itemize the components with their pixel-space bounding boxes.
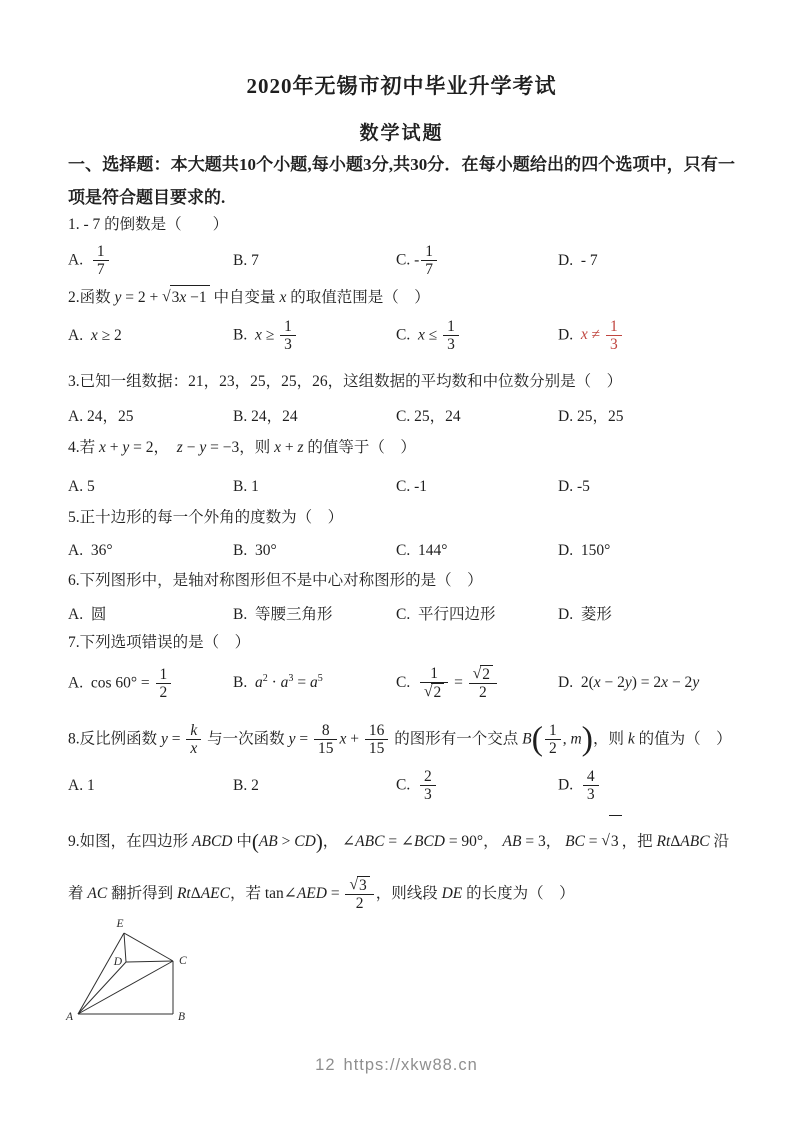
fraction: 13 bbox=[606, 318, 622, 354]
question-6-option-b: B. 等腰三角形 bbox=[233, 604, 396, 626]
math-variable: ABC bbox=[680, 833, 709, 850]
text-run: A. 36° bbox=[68, 542, 113, 559]
question-1-stem: 1. - 7 的倒数是（ ） bbox=[68, 213, 735, 237]
text-run: 的值等于（ ） bbox=[304, 439, 416, 456]
text-run: D. - 7 bbox=[558, 252, 598, 269]
fraction-denominator: 3 bbox=[280, 335, 296, 353]
text-run: C. - bbox=[396, 251, 419, 268]
fraction-numerator: k bbox=[186, 722, 201, 739]
math-variable: ABC bbox=[355, 833, 384, 850]
fraction-numerator: 1 bbox=[421, 243, 437, 260]
text-run: = −3，则 bbox=[206, 439, 274, 456]
math-variable: a bbox=[310, 674, 318, 691]
figure-label-b: B bbox=[178, 1011, 185, 1023]
question-3-option-c: C. 25，24 bbox=[396, 406, 558, 428]
question-8-stem: 8.反比例函数 y = kx 与一次函数 y = 815x + 1615 的图形… bbox=[68, 722, 735, 758]
question-5: 5.正十边形的每一个外角的度数为（ ） A. 36° B. 30° C. 144… bbox=[68, 506, 735, 562]
question-7-stem: 7.下列选项错误的是（ ） bbox=[68, 631, 735, 655]
fraction-numerator: 1 bbox=[420, 665, 448, 682]
text-run: 9.如图，在四边形 bbox=[68, 833, 192, 850]
section-instructions: 一、选择题：本大题共10个小题,每小题3分,共30分．在每小题给出的四个选项中，… bbox=[68, 148, 735, 214]
fraction-numerator: 4 bbox=[583, 768, 599, 785]
text-run: C. 144° bbox=[396, 542, 447, 559]
question-3-option-b: B. 24，24 bbox=[233, 406, 396, 428]
fraction: √22 bbox=[469, 665, 497, 702]
radical: √2 bbox=[473, 665, 493, 683]
text-run: D. 2( bbox=[558, 674, 594, 691]
text-run: 的图形有一个交点 bbox=[390, 730, 522, 747]
fraction-numerator: 1 bbox=[443, 318, 459, 335]
radicand: 2 bbox=[431, 683, 444, 701]
text-run: 6.下列图形中，是轴对称图形但不是中心对称图形的是（ ） bbox=[68, 572, 483, 589]
text-run: 的取值范围是（ ） bbox=[286, 289, 429, 306]
question-3-stem: 3.已知一组数据：21，23，25，25，26，这组数据的平均数和中位数分别是（… bbox=[68, 370, 735, 394]
math-variable: AC bbox=[87, 885, 107, 902]
text-run: · bbox=[268, 674, 281, 691]
radical-sign: √ bbox=[162, 285, 171, 309]
text-run: C. bbox=[396, 326, 418, 343]
math-variable: BC bbox=[565, 833, 585, 850]
question-7-option-a: A. cos 60° = 12 bbox=[68, 666, 233, 702]
text-run: 翻折得到 bbox=[107, 885, 177, 902]
text-run: 中 bbox=[232, 833, 251, 850]
text-run: 的值为（ ） bbox=[635, 730, 732, 747]
text-run: = bbox=[327, 885, 344, 902]
text-run: 7.下列选项错误的是（ ） bbox=[68, 634, 250, 651]
question-8-option-c: C. 23 bbox=[396, 768, 558, 804]
text-run: A. 圆 bbox=[68, 606, 106, 623]
question-1-option-b: B. 7 bbox=[233, 250, 396, 272]
fraction: 17 bbox=[421, 243, 437, 279]
text-run: = 3， bbox=[521, 833, 565, 850]
question-5-option-c: C. 144° bbox=[396, 540, 558, 562]
fraction-numerator: 1 bbox=[280, 318, 296, 335]
fraction-numerator: 1 bbox=[93, 243, 109, 260]
math-variable: AB bbox=[259, 833, 278, 850]
question-4-option-c: C. -1 bbox=[396, 476, 558, 498]
question-4: 4.若 x + y = 2， z − y = −3，则 x + z 的值等于（ … bbox=[68, 436, 735, 498]
text-run: 2 bbox=[433, 684, 441, 701]
fraction-denominator: √2 bbox=[420, 682, 448, 701]
text-run: + bbox=[106, 439, 123, 456]
text-run: C. bbox=[396, 674, 418, 691]
text-run: C. 25，24 bbox=[396, 408, 461, 425]
fraction-denominator: 2 bbox=[545, 739, 561, 757]
fraction-numerator: 1 bbox=[545, 722, 561, 739]
fraction-numerator: 8 bbox=[314, 722, 338, 739]
text-run: 4.若 bbox=[68, 439, 99, 456]
text-run: 1. - 7 的倒数是（ ） bbox=[68, 216, 228, 233]
segment-AE bbox=[78, 933, 124, 1014]
text-run: 2 bbox=[482, 666, 490, 683]
text-run: D. 25，25 bbox=[558, 408, 623, 425]
figure-label-c: C bbox=[179, 955, 187, 967]
text-run: B. 7 bbox=[233, 252, 259, 269]
text-run: B. 2 bbox=[233, 777, 259, 794]
exam-title: 2020年无锡市初中毕业升学考试 bbox=[68, 70, 735, 100]
question-7-option-d: D. 2(x − 2y) = 2x − 2y bbox=[558, 672, 735, 694]
question-8: 8.反比例函数 y = kx 与一次函数 y = 815x + 1615 的图形… bbox=[68, 722, 735, 803]
question-1-options: A. 17 B. 7 C. -17 D. - 7 bbox=[68, 243, 735, 279]
page-number: 12 bbox=[315, 1056, 335, 1074]
fraction: 17 bbox=[93, 243, 109, 279]
math-variable: x bbox=[255, 326, 262, 343]
segment-DC bbox=[126, 961, 173, 962]
text-run: D. 150° bbox=[558, 542, 610, 559]
question-9-stem: 9.如图，在四边形 ABCD 中(AB > CD)， ∠ABC = ∠BCD =… bbox=[68, 815, 735, 920]
fraction-denominator: 3 bbox=[420, 785, 436, 803]
math-variable: x bbox=[581, 326, 588, 343]
radical-sign: √ bbox=[424, 684, 433, 701]
paren: ) bbox=[316, 830, 323, 854]
math-variable: DE bbox=[442, 885, 463, 902]
segment-EC bbox=[124, 933, 173, 961]
figure-label-e: E bbox=[115, 918, 123, 930]
radical-sign: √ bbox=[473, 665, 482, 682]
fraction: kx bbox=[186, 722, 201, 758]
math-variable: a bbox=[255, 674, 263, 691]
fraction-numerator: 1 bbox=[606, 318, 622, 335]
math-variable: x bbox=[190, 740, 197, 757]
question-1-option-c: C. -17 bbox=[396, 243, 558, 279]
fraction: √32 bbox=[345, 876, 373, 913]
question-4-options: A. 5 B. 1 C. -1 D. -5 bbox=[68, 476, 735, 498]
fraction-numerator: 2 bbox=[420, 768, 436, 785]
radical: √2 bbox=[424, 683, 444, 701]
question-6-option-a: A. 圆 bbox=[68, 604, 233, 626]
question-5-option-b: B. 30° bbox=[233, 540, 396, 562]
question-1-option-a: A. 17 bbox=[68, 243, 233, 279]
question-8-option-a: A. 1 bbox=[68, 775, 233, 797]
question-2-option-a: A. x ≥ 2 bbox=[68, 325, 233, 347]
radical: √3 bbox=[601, 815, 621, 868]
question-3: 3.已知一组数据：21，23，25，25，26，这组数据的平均数和中位数分别是（… bbox=[68, 370, 735, 428]
question-2-option-d: D. x ≠ 13 bbox=[558, 318, 735, 354]
big-paren: ) bbox=[582, 721, 593, 758]
segment-AC bbox=[78, 961, 173, 1014]
question-7-option-c: C. 1√2 = √22 bbox=[396, 665, 558, 702]
question-2: 2.函数 y = 2 + √3x −1 中自变量 x 的取值范围是（ ） A. … bbox=[68, 285, 735, 354]
geometry-diagram: E D C A B bbox=[56, 916, 286, 1036]
question-7: 7.下列选项错误的是（ ） A. cos 60° = 12 B. a2 · a3… bbox=[68, 631, 735, 702]
text-run: ≤ bbox=[425, 326, 441, 343]
text-run: ， ∠ bbox=[323, 833, 355, 850]
question-9-figure: E D C A B bbox=[56, 916, 286, 1041]
text-run: D. bbox=[558, 776, 581, 793]
radical-sign: √ bbox=[601, 815, 610, 867]
fraction: 13 bbox=[280, 318, 296, 354]
text-run: − bbox=[183, 439, 200, 456]
text-run: 2.函数 bbox=[68, 289, 115, 306]
radical-sign: √ bbox=[349, 876, 358, 893]
question-5-options: A. 36° B. 30° C. 144° D. 150° bbox=[68, 540, 735, 562]
math-variable: AED bbox=[297, 885, 327, 902]
segment-ED bbox=[124, 933, 126, 962]
fraction: 815 bbox=[314, 722, 338, 758]
question-6-option-c: C. 平行四边形 bbox=[396, 604, 558, 626]
question-4-option-a: A. 5 bbox=[68, 476, 233, 498]
fraction: 1615 bbox=[365, 722, 389, 758]
question-6-options: A. 圆 B. 等腰三角形 C. 平行四边形 D. 菱形 bbox=[68, 604, 735, 626]
paren: ( bbox=[252, 830, 259, 854]
fraction-numerator: √2 bbox=[469, 665, 497, 683]
fraction-numerator: 1 bbox=[156, 666, 172, 683]
question-5-stem: 5.正十边形的每一个外角的度数为（ ） bbox=[68, 506, 735, 530]
question-6-option-d: D. 菱形 bbox=[558, 604, 735, 626]
math-variable: Rt bbox=[177, 885, 191, 902]
question-6-stem: 6.下列图形中，是轴对称图形但不是中心对称图形的是（ ） bbox=[68, 569, 735, 593]
radicand: 3x −1 bbox=[170, 285, 210, 310]
radicand: 3 bbox=[609, 815, 622, 868]
question-3-option-a: A. 24，25 bbox=[68, 406, 233, 428]
text-run: = bbox=[450, 674, 467, 691]
radicand: 3 bbox=[357, 876, 370, 894]
math-variable: x bbox=[99, 439, 106, 456]
question-1: 1. - 7 的倒数是（ ） A. 17 B. 7 C. -17 D. - 7 bbox=[68, 213, 735, 279]
text-run: 5.正十边形的每一个外角的度数为（ ） bbox=[68, 509, 343, 526]
text-run: ，把 bbox=[622, 833, 657, 850]
question-4-option-b: B. 1 bbox=[233, 476, 396, 498]
question-4-stem: 4.若 x + y = 2， z − y = −3，则 x + z 的值等于（ … bbox=[68, 436, 735, 460]
question-8-options: A. 1 B. 2 C. 23 D. 43 bbox=[68, 768, 735, 804]
text-run: ，则 bbox=[593, 730, 628, 747]
math-variable: Rt bbox=[657, 833, 671, 850]
text-run: −1 bbox=[186, 289, 206, 306]
text-run: = bbox=[585, 833, 602, 850]
question-1-option-d: D. - 7 bbox=[558, 250, 735, 272]
math-variable: AEC bbox=[201, 885, 230, 902]
superscript: 5 bbox=[318, 673, 323, 684]
exam-page: 2020年无锡市初中毕业升学考试 数学试题 一、选择题：本大题共10个小题,每小… bbox=[0, 0, 793, 1122]
fraction-denominator: 7 bbox=[93, 260, 109, 278]
fraction-numerator: √3 bbox=[345, 876, 373, 894]
text-run: = 2， bbox=[129, 439, 177, 456]
text-run: B. 1 bbox=[233, 478, 259, 495]
text-run: = ∠ bbox=[384, 833, 413, 850]
text-run: ，则线段 bbox=[376, 885, 442, 902]
text-run: B. 30° bbox=[233, 542, 277, 559]
figure-label-a: A bbox=[65, 1011, 74, 1023]
text-run: ≠ bbox=[588, 326, 604, 343]
page-footer: 12https://xkw88.cn bbox=[0, 1056, 793, 1075]
text-run: Δ bbox=[191, 885, 201, 902]
text-run: 与一次函数 bbox=[203, 730, 288, 747]
question-8-option-b: B. 2 bbox=[233, 775, 396, 797]
fraction: 23 bbox=[420, 768, 436, 804]
math-variable: y bbox=[692, 674, 699, 691]
fraction-denominator: 3 bbox=[583, 785, 599, 803]
question-2-options: A. x ≥ 2 B. x ≥ 13 C. x ≤ 13 D. x ≠ 13 bbox=[68, 318, 735, 354]
fraction-denominator: 3 bbox=[606, 335, 622, 353]
fraction: 1√2 bbox=[420, 665, 448, 702]
question-5-option-d: D. 150° bbox=[558, 540, 735, 562]
math-variable: x bbox=[91, 327, 98, 344]
text-run: C. 平行四边形 bbox=[396, 606, 495, 623]
question-5-option-a: A. 36° bbox=[68, 540, 233, 562]
fraction-denominator: 2 bbox=[345, 894, 373, 912]
text-run: > bbox=[278, 833, 295, 850]
text-run: = bbox=[295, 730, 312, 747]
text-run: ) = 2 bbox=[632, 674, 661, 691]
question-6: 6.下列图形中，是轴对称图形但不是中心对称图形的是（ ） A. 圆 B. 等腰三… bbox=[68, 569, 735, 626]
text-run: A. 24，25 bbox=[68, 408, 133, 425]
big-paren: ( bbox=[532, 721, 543, 758]
math-variable: y bbox=[625, 674, 632, 691]
text-run: ≥ 2 bbox=[98, 327, 122, 344]
radicand: 2 bbox=[480, 665, 493, 683]
footer-url[interactable]: https://xkw88.cn bbox=[344, 1056, 478, 1074]
figure-label-d: D bbox=[113, 956, 123, 968]
question-4-option-d: D. -5 bbox=[558, 476, 735, 498]
math-variable: m bbox=[570, 730, 581, 747]
radical: √3x −1 bbox=[162, 285, 210, 310]
fraction-numerator: 16 bbox=[365, 722, 389, 739]
text-run: B. bbox=[233, 674, 255, 691]
text-run: D. -5 bbox=[558, 478, 590, 495]
question-8-option-d: D. 43 bbox=[558, 768, 735, 804]
math-variable: CD bbox=[294, 833, 316, 850]
text-run: + bbox=[346, 730, 363, 747]
text-run: = bbox=[293, 674, 310, 691]
question-7-option-b: B. a2 · a3 = a5 bbox=[233, 672, 396, 694]
text-run: A. bbox=[68, 327, 91, 344]
question-9: 9.如图，在四边形 ABCD 中(AB > CD)， ∠ABC = ∠BCD =… bbox=[68, 815, 735, 920]
question-2-option-c: C. x ≤ 13 bbox=[396, 318, 558, 354]
text-run: C. bbox=[396, 776, 418, 793]
text-run: A. bbox=[68, 251, 91, 268]
math-variable: x bbox=[418, 326, 425, 343]
text-run: ≥ bbox=[262, 326, 278, 343]
fraction-denominator: x bbox=[186, 739, 201, 757]
text-run: = 2 + bbox=[121, 289, 162, 306]
text-run: − 2 bbox=[601, 674, 625, 691]
text-run: A. 1 bbox=[68, 777, 95, 794]
question-2-stem: 2.函数 y = 2 + √3x −1 中自变量 x 的取值范围是（ ） bbox=[68, 285, 735, 310]
question-2-option-b: B. x ≥ 13 bbox=[233, 318, 396, 354]
math-variable: BCD bbox=[414, 833, 445, 850]
text-run: Δ bbox=[670, 833, 680, 850]
text-run: A. cos 60° = bbox=[68, 674, 154, 691]
text-run: − 2 bbox=[668, 674, 692, 691]
fraction: 12 bbox=[545, 722, 561, 758]
text-run: 的长度为（ ） bbox=[462, 885, 574, 902]
fraction: 13 bbox=[443, 318, 459, 354]
text-run: D. bbox=[558, 326, 581, 343]
text-run: B. bbox=[233, 326, 255, 343]
math-variable: x bbox=[274, 439, 281, 456]
fraction-denominator: 3 bbox=[443, 335, 459, 353]
fraction: 12 bbox=[156, 666, 172, 702]
fraction-denominator: 2 bbox=[156, 683, 172, 701]
text-run: 3 bbox=[611, 833, 619, 850]
text-run: D. 菱形 bbox=[558, 606, 612, 623]
math-variable: AB bbox=[503, 833, 522, 850]
text-run: C. -1 bbox=[396, 478, 427, 495]
text-run: 3.已知一组数据：21，23，25，25，26，这组数据的平均数和中位数分别是（… bbox=[68, 373, 622, 390]
fraction: 43 bbox=[583, 768, 599, 804]
fraction-denominator: 15 bbox=[314, 739, 338, 757]
math-variable: k bbox=[190, 722, 197, 739]
text-run: A. 5 bbox=[68, 478, 95, 495]
radical: √3 bbox=[349, 876, 369, 894]
text-run: B. 等腰三角形 bbox=[233, 606, 332, 623]
math-variable: B bbox=[522, 730, 531, 747]
text-run: ，若 tan∠ bbox=[230, 885, 297, 902]
exam-subtitle: 数学试题 bbox=[68, 118, 735, 145]
math-variable: ABCD bbox=[192, 833, 232, 850]
text-run: 8.反比例函数 bbox=[68, 730, 161, 747]
text-run: = bbox=[168, 730, 185, 747]
math-variable: k bbox=[628, 730, 635, 747]
question-3-option-d: D. 25，25 bbox=[558, 406, 735, 428]
math-variable: x bbox=[594, 674, 601, 691]
fraction-denominator: 15 bbox=[365, 739, 389, 757]
text-run: = 90°， bbox=[445, 833, 503, 850]
fraction-denominator: 7 bbox=[421, 260, 437, 278]
question-3-options: A. 24，25 B. 24，24 C. 25，24 D. 25，25 bbox=[68, 406, 735, 428]
text-run: + bbox=[281, 439, 298, 456]
red-emphasis: x ≠ 13 bbox=[581, 326, 624, 343]
fraction-denominator: 2 bbox=[469, 683, 497, 701]
text-run: 中自变量 bbox=[210, 289, 280, 306]
text-run: B. 24，24 bbox=[233, 408, 298, 425]
segment-AD bbox=[78, 962, 126, 1014]
question-7-options: A. cos 60° = 12 B. a2 · a3 = a5 C. 1√2 =… bbox=[68, 665, 735, 702]
text-run: 3 bbox=[359, 877, 367, 894]
math-variable: y bbox=[161, 730, 168, 747]
